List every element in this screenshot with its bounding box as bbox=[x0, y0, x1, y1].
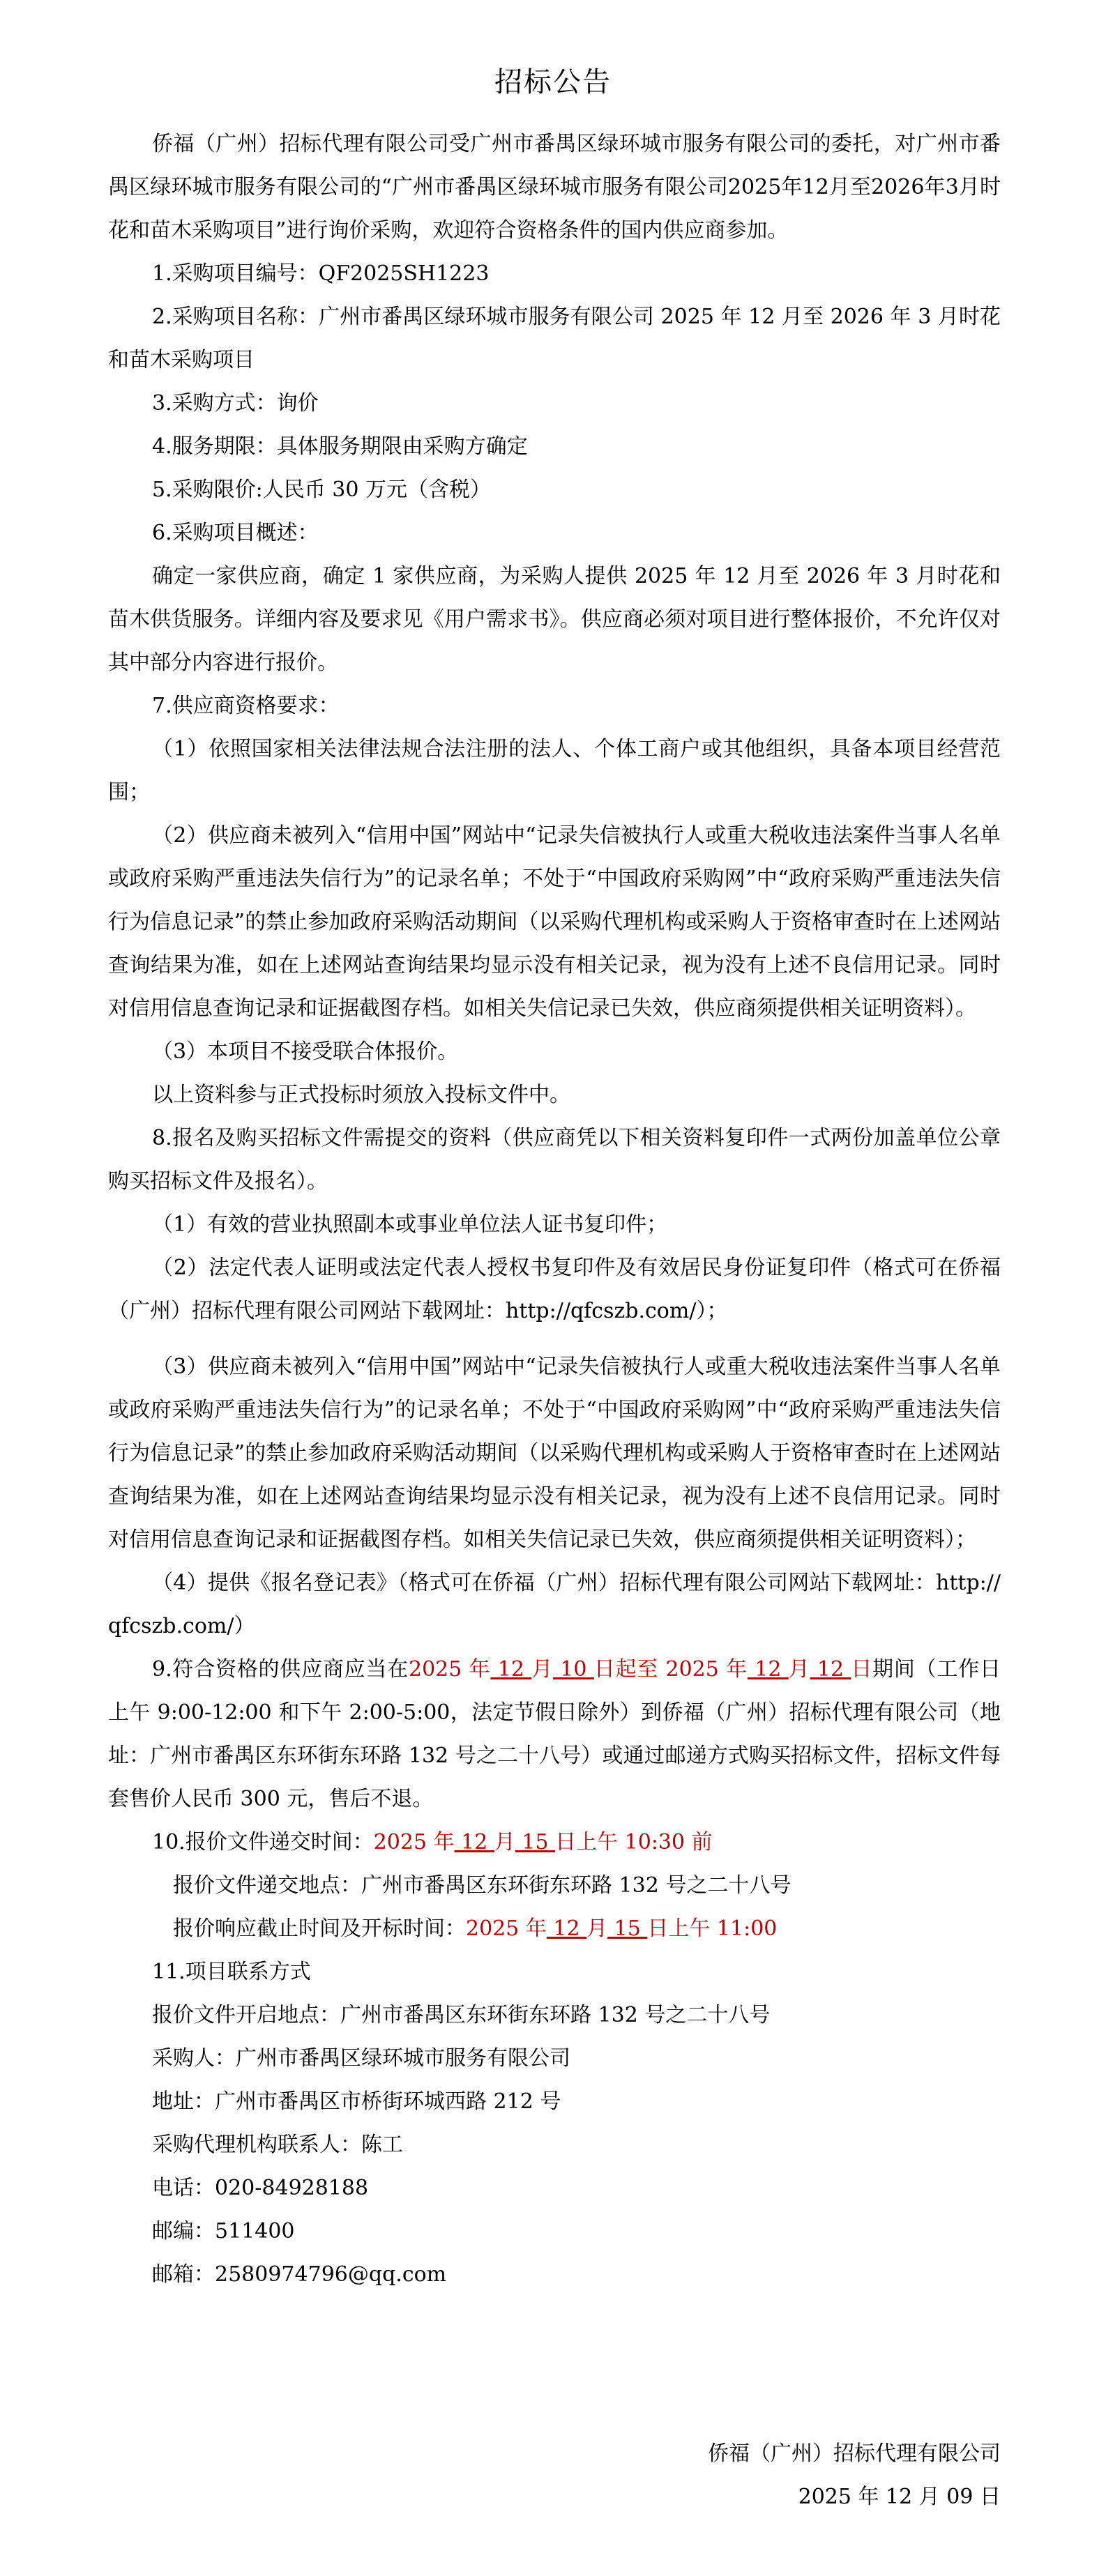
submission-time-label: 10.报价文件递交时间： bbox=[152, 1830, 374, 1854]
material-4: （4）提供《报名登记表》（格式可在侨福（广州）招标代理有限公司网站下载网址：ht… bbox=[108, 1562, 1001, 1648]
submission-time: 日上午 10:30 前 bbox=[555, 1830, 713, 1854]
item-overview-body: 确定一家供应商，确定 1 家供应商，为采购人提供 2025 年 12 月至 20… bbox=[108, 555, 1001, 685]
deadline-line: 报价响应截止时间及开标时间：2025 年 12 月 15 日上午 11:00 bbox=[108, 1907, 1001, 1951]
signature-date: 2025 年 12 月 09 日 bbox=[798, 2476, 1001, 2519]
month-label: 月 bbox=[494, 1830, 515, 1854]
item-project-name: 2.采购项目名称：广州市番禺区绿环城市服务有限公司 2025 年 12 月至 2… bbox=[108, 296, 1001, 382]
month-label: 月 bbox=[789, 1657, 810, 1682]
qualification-3: （3）本项目不接受联合体报价。 bbox=[108, 1030, 1001, 1074]
contact-purchaser: 采购人：广州市番禺区绿环城市服务有限公司 bbox=[108, 2037, 1001, 2080]
item-submission-time: 10.报价文件递交时间：2025 年 12 月 15 日上午 10:30 前 bbox=[108, 1821, 1001, 1864]
item-project-number: 1.采购项目编号：QF2025SH1223 bbox=[108, 252, 1001, 296]
item-service-period: 4.服务期限：具体服务期限由采购方确定 bbox=[108, 425, 1001, 468]
end-month: 12 bbox=[748, 1657, 789, 1682]
day-label: 日 bbox=[851, 1657, 872, 1682]
deadline-year: 2025 年 bbox=[466, 1916, 547, 1941]
deadline-month: 12 bbox=[547, 1916, 586, 1941]
qualification-1: （1）依照国家相关法律法规合法注册的法人、个体工商户或其他组织，具备本项目经营范… bbox=[108, 728, 1001, 814]
submission-place: 报价文件递交地点：广州市番禺区东环街东环路 132 号之二十八号 bbox=[108, 1864, 1001, 1907]
item-overview-heading: 6.采购项目概述： bbox=[108, 512, 1001, 555]
start-month: 12 bbox=[490, 1657, 531, 1682]
start-day: 10 bbox=[553, 1657, 594, 1682]
document-body: 侨福（广州）招标代理有限公司受广州市番禺区绿环城市服务有限公司的委托，对广州市番… bbox=[108, 123, 1001, 2296]
item-procurement-method: 3.采购方式：询价 bbox=[108, 382, 1001, 425]
item-price-limit: 5.采购限价:人民币 30 万元（含税） bbox=[108, 468, 1001, 512]
submission-month: 12 bbox=[455, 1830, 494, 1854]
end-day: 12 bbox=[810, 1657, 851, 1682]
intro-paragraph: 侨福（广州）招标代理有限公司受广州市番禺区绿环城市服务有限公司的委托，对广州市番… bbox=[108, 123, 1001, 252]
qualification-2: （2）供应商未被列入“信用中国”网站中“记录失信被执行人或重大税收违法案件当事人… bbox=[108, 814, 1001, 1030]
item-purchase-period: 9.符合资格的供应商应当在2025 年 12 月 10 日起至 2025 年 1… bbox=[108, 1648, 1001, 1821]
item-contact-heading: 11.项目联系方式 bbox=[108, 1951, 1001, 1994]
material-1: （1）有效的营业执照副本或事业单位法人证书复印件； bbox=[108, 1203, 1001, 1247]
signature-company: 侨福（广州）招标代理有限公司 bbox=[708, 2432, 1001, 2476]
material-2: （2）法定代表人证明或法定代表人授权书复印件及有效居民身份证复印件（格式可在侨福… bbox=[108, 1247, 1001, 1333]
month-label: 月 bbox=[531, 1657, 553, 1682]
contact-postcode: 邮编：511400 bbox=[108, 2210, 1001, 2253]
contact-phone: 电话：020-84928188 bbox=[108, 2167, 1001, 2210]
purchase-period-prefix: 9.符合资格的供应商应当在 bbox=[152, 1657, 409, 1682]
start-date: 2025 年 12 月 10 日起至 2025 年 12 月 12 日 bbox=[409, 1657, 872, 1682]
month-label: 月 bbox=[586, 1916, 607, 1941]
deadline-label: 报价响应截止时间及开标时间： bbox=[173, 1916, 466, 1941]
qualification-note: 以上资料参与正式投标时须放入投标文件中。 bbox=[108, 1074, 1001, 1117]
date-range-mid: 日起至 2025 年 bbox=[594, 1657, 748, 1682]
item-qualification-heading: 7.供应商资格要求： bbox=[108, 685, 1001, 728]
submission-year: 2025 年 bbox=[374, 1830, 455, 1854]
contact-agent: 采购代理机构联系人：陈工 bbox=[108, 2124, 1001, 2167]
submission-day: 15 bbox=[515, 1830, 555, 1854]
submission-time-value: 2025 年 12 月 15 日上午 10:30 前 bbox=[374, 1830, 713, 1854]
material-3: （3）供应商未被列入“信用中国”网站中“记录失信被执行人或重大税收违法案件当事人… bbox=[108, 1346, 1001, 1562]
page-title: 招标公告 bbox=[0, 64, 1106, 100]
contact-open-place: 报价文件开启地点：广州市番禺区东环街东环路 132 号之二十八号 bbox=[108, 1994, 1001, 2037]
item-registration-materials: 8.报名及购买招标文件需提交的资料（供应商凭以下相关资料复印件一式两份加盖单位公… bbox=[108, 1117, 1001, 1203]
contact-address: 地址：广州市番禺区市桥街环城西路 212 号 bbox=[108, 2080, 1001, 2124]
deadline-time: 日上午 11:00 bbox=[647, 1916, 777, 1941]
document-page: 招标公告 侨福（广州）招标代理有限公司受广州市番禺区绿环城市服务有限公司的委托，… bbox=[0, 0, 1106, 2576]
deadline-day: 15 bbox=[607, 1916, 647, 1941]
spacer bbox=[108, 1333, 1001, 1346]
contact-email: 邮箱：2580974796@qq.com bbox=[108, 2253, 1001, 2296]
start-year: 2025 年 bbox=[409, 1657, 490, 1682]
deadline-value: 2025 年 12 月 15 日上午 11:00 bbox=[466, 1916, 777, 1941]
